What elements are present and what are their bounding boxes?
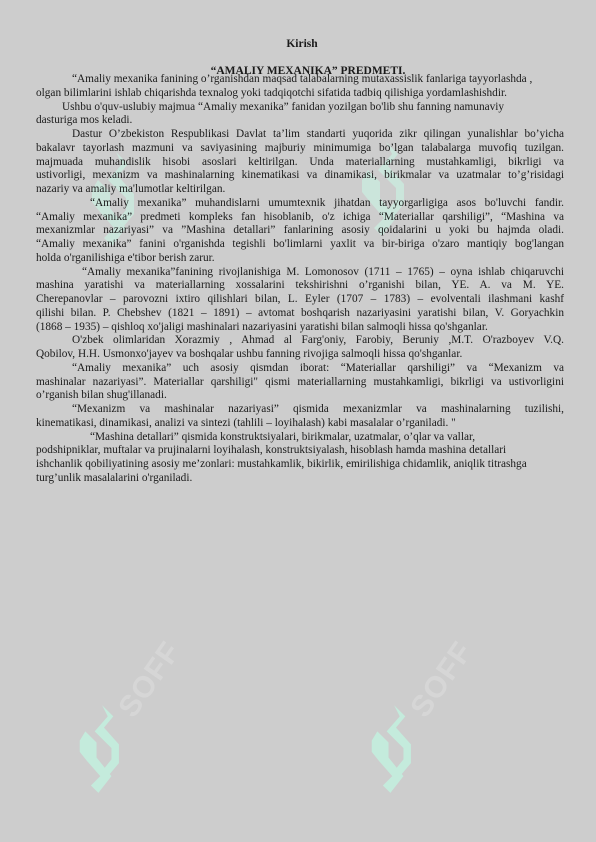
text-line: mexanizmlar nazariyasi” va ”Mashina deta… bbox=[36, 224, 564, 238]
soff-logo-icon bbox=[76, 700, 132, 800]
text-line: dasturiga mos keladi. bbox=[36, 114, 564, 128]
text-line: mashina yaratishi va materiallarning xos… bbox=[36, 279, 564, 293]
text-line: turg’unlik masalalarini o'rganiladi. bbox=[36, 472, 564, 486]
text-line: “Mashina detallari” qismida konstruktsiy… bbox=[90, 431, 564, 445]
text-line: olgan bilimlarini ishlab chiqarishda tex… bbox=[36, 87, 564, 101]
text-line: “Amaliy mexanika” fanini o'rganishda teg… bbox=[36, 238, 564, 252]
watermark-text: SOFF bbox=[404, 636, 480, 724]
text-line: Ushbu o'quv-uslubiy majmua “Amaliy mexan… bbox=[62, 101, 564, 115]
text-line: (1868 – 1935) – qishloq xo'jaligi mashin… bbox=[36, 321, 564, 335]
text-line: holda o'rganilishiga e'tibor berish zaru… bbox=[36, 252, 564, 266]
text-line: ustivorligi, mexanizm va mashinalarning … bbox=[36, 169, 564, 183]
text-line: qilishi bilan. P. Chebshev (1821 – 1891)… bbox=[36, 307, 564, 321]
text-line: Qobilov, H.H. Usmonxo'jayev va boshqalar… bbox=[36, 348, 564, 362]
text-line: Dastur O’zbekiston Respublikasi Davlat t… bbox=[72, 128, 564, 142]
watermark bbox=[76, 700, 132, 800]
text-line: kinematikasi, dinamikasi, analizi va sin… bbox=[36, 417, 564, 431]
text-line: O'zbek olimlaridan Xorazmiy , Ahmad al F… bbox=[72, 334, 564, 348]
text-line: nazariy va amaliy ma'lumotlar keltirilga… bbox=[36, 183, 564, 197]
watermark bbox=[368, 700, 424, 800]
section-label: Kirish bbox=[4, 37, 596, 51]
text-line: “Amaliy mexanika” muhandislarni umumtexn… bbox=[90, 197, 564, 211]
text-line: “Mexanizm va mashinalar nazariyasi” qism… bbox=[72, 403, 564, 417]
watermark-text: SOFF bbox=[112, 636, 188, 724]
text-line: Cherepanovlar – parovozni ixtiro qilishl… bbox=[36, 293, 564, 307]
text-line: “Amaliy mexanika” uch asosiy qismdan ibo… bbox=[72, 362, 564, 376]
text-line: bakalavr tayorlash mazmuni va saviyasini… bbox=[36, 142, 564, 156]
text-line: “Amaliy mexanika”fanining rivojlanishiga… bbox=[82, 266, 564, 280]
soff-logo-icon bbox=[368, 700, 424, 800]
text-line: mashinalar nazariyasi”. Materiallar qars… bbox=[36, 376, 564, 390]
text-line: majmuada muhandislik hisobi asoslari kel… bbox=[36, 156, 564, 170]
text-line: podshipniklar, muftalar va prujinalarni … bbox=[36, 444, 564, 458]
text-line: ishchanlik qobiliyatining asosiy me’zonl… bbox=[36, 458, 564, 472]
text-line: “Amaliy mexanika” predmeti kompleks fan … bbox=[36, 211, 564, 225]
text-line: “Amaliy mexanika fanining o’rganishdan m… bbox=[72, 73, 564, 87]
text-line: o’rganish bilan shug'illanadi. bbox=[36, 389, 564, 403]
